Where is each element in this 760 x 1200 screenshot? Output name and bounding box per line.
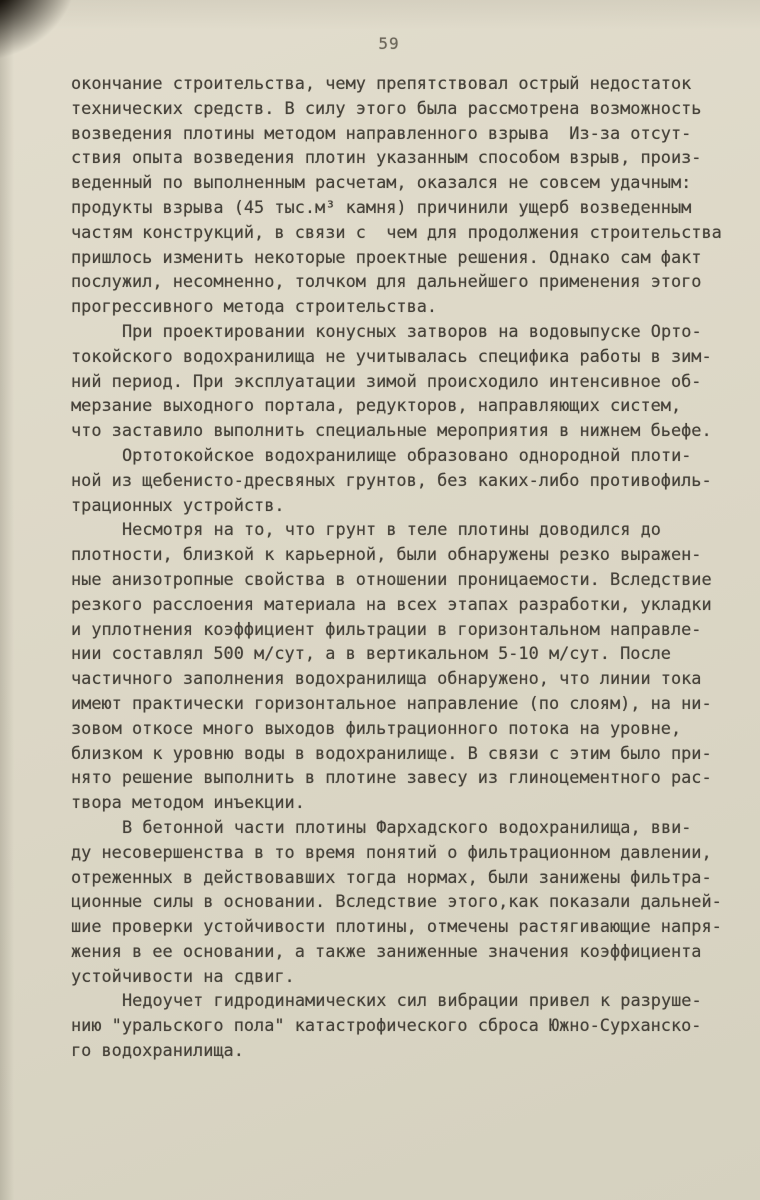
text-line: Несмотря на то, что грунт в теле плотины… <box>71 517 723 542</box>
text-line: нято решение выполнить в плотине завесу … <box>71 765 723 790</box>
text-line: трационных устройств. <box>71 493 723 518</box>
paragraph: При проектировании конусных затворов на … <box>71 319 723 443</box>
paragraph: окончание строительства, чему препятство… <box>71 71 723 319</box>
text-line: продукты взрыва (45 тыс.м³ камня) причин… <box>71 195 723 220</box>
text-line: окончание строительства, чему препятство… <box>71 71 723 96</box>
text-line: что заставило выполнить специальные меро… <box>71 418 723 443</box>
text-line: веденный по выполненным расчетам, оказал… <box>71 170 723 195</box>
text-line: и уплотнения коэффициент фильтрации в го… <box>71 617 723 642</box>
text-line: При проектировании конусных затворов на … <box>71 319 723 344</box>
text-line: резкого расслоения материала на всех эта… <box>71 592 723 617</box>
text-line: ционные силы в основании. Вследствие это… <box>71 889 723 914</box>
text-line: имеют практически горизонтальное направл… <box>71 691 723 716</box>
document-page: 59 окончание строительства, чему препятс… <box>0 0 760 1200</box>
text-line: плотности, близкой к карьерной, были обн… <box>71 542 723 567</box>
text-line: го водохранилища. <box>71 1038 723 1063</box>
text-line: мерзание выходного портала, редукторов, … <box>71 393 723 418</box>
paragraph: Недоучет гидродинамических сил вибрации … <box>71 988 723 1062</box>
paragraph: Несмотря на то, что грунт в теле плотины… <box>71 517 723 815</box>
text-line: твора методом инъекции. <box>71 790 723 815</box>
page-number: 59 <box>9 34 760 53</box>
text-line: жения в ее основании, а также заниженные… <box>71 939 723 964</box>
text-line: устойчивости на сдвиг. <box>71 964 723 989</box>
text-line: ду несовершенства в то время понятий о ф… <box>71 840 723 865</box>
text-line: прогрессивного метода строительства. <box>71 294 723 319</box>
text-line: ствия опыта возведения плотин указанным … <box>71 145 723 170</box>
text-line: послужил, несомненно, толчком для дальне… <box>71 269 723 294</box>
text-line: Ортотокойское водохранилище образовано о… <box>71 443 723 468</box>
paragraph: В бетонной части плотины Фархадского вод… <box>71 815 723 989</box>
text-line: отреженных в действовавших тогда нормах,… <box>71 865 723 890</box>
text-line: частям конструкций, в связи с чем для пр… <box>71 220 723 245</box>
text-line: Недоучет гидродинамических сил вибрации … <box>71 988 723 1013</box>
text-line: близком к уровню воды в водохранилище. В… <box>71 741 723 766</box>
text-line: пришлось изменить некоторые проектные ре… <box>71 245 723 270</box>
text-line: нию "уральского пола" катастрофического … <box>71 1013 723 1038</box>
text-line: ной из щебенисто-дресвяных грунтов, без … <box>71 468 723 493</box>
text-line: зовом откосе много выходов фильтрационно… <box>71 716 723 741</box>
text-line: технических средств. В силу этого была р… <box>71 96 723 121</box>
text-line: возведения плотины методом направленного… <box>71 121 723 146</box>
page-text: окончание строительства, чему препятство… <box>71 71 723 1063</box>
text-line: частичного заполнения водохранилища обна… <box>71 666 723 691</box>
text-line: ные анизотропные свойства в отношении пр… <box>71 567 723 592</box>
text-line: нии составлял 500 м/сут, а в вертикально… <box>71 641 723 666</box>
paragraph: Ортотокойское водохранилище образовано о… <box>71 443 723 517</box>
text-line: шие проверки устойчивости плотины, отмеч… <box>71 914 723 939</box>
text-line: ний период. При эксплуатации зимой проис… <box>71 369 723 394</box>
text-line: токойского водохранилища не учитывалась … <box>71 344 723 369</box>
text-line: В бетонной части плотины Фархадского вод… <box>71 815 723 840</box>
